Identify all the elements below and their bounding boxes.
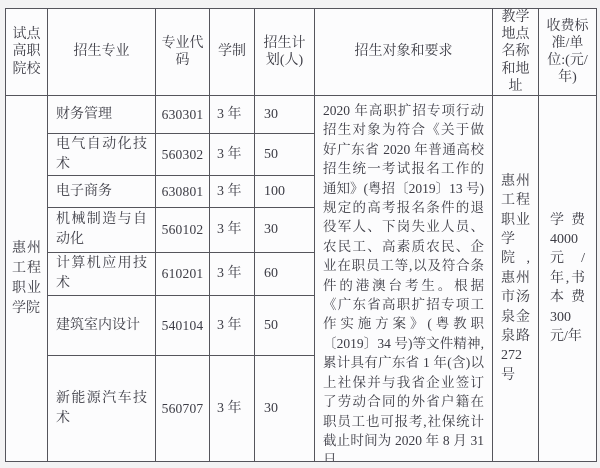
major-cell: 机械制造与自动化 (48, 208, 156, 253)
major-code: 540104 (162, 316, 204, 336)
code-cell: 610201 (156, 253, 210, 296)
header-major-label: 招生专业 (53, 43, 150, 60)
duration-cell: 3 年 (210, 176, 255, 208)
major-cell: 电气自动化技术 (48, 134, 156, 176)
code-cell: 540104 (156, 296, 210, 356)
major-name: 计算机应用技术 (56, 254, 147, 294)
major-code: 610201 (162, 264, 204, 284)
code-cell: 560102 (156, 208, 210, 253)
duration-value: 3 年 (217, 220, 242, 240)
enrollment-table: 试点高职院校 招生专业 专业代码 学制 招生计划(人) 招生对象和要求 教学地点… (5, 8, 597, 462)
duration-cell: 3 年 (210, 96, 255, 134)
duration-value: 3 年 (217, 182, 242, 202)
requirements-text: 2020 年高职扩招专项行动招生对象为符合《关于做好广东省 2020 年普通高校… (323, 101, 484, 461)
duration-value: 3 年 (217, 105, 242, 125)
major-code: 630301 (162, 105, 204, 125)
major-code: 560102 (162, 220, 204, 240)
duration-value: 3 年 (217, 316, 242, 336)
duration-cell: 3 年 (210, 253, 255, 296)
major-name: 电气自动化技术 (56, 135, 147, 175)
major-cell: 电子商务 (48, 176, 156, 208)
college-name: 惠州工程职业学院 (12, 239, 41, 319)
teaching-location-text: 惠州工程职业学院,惠州市汤泉金泉路272号 (501, 172, 530, 385)
plan-cell: 100 (255, 176, 315, 208)
plan-value: 60 (264, 264, 278, 284)
plan-value: 30 (264, 105, 278, 125)
major-name: 财务管理 (56, 105, 147, 125)
code-cell: 630801 (156, 176, 210, 208)
plan-cell: 50 (255, 134, 315, 176)
major-cell: 财务管理 (48, 96, 156, 134)
plan-value: 50 (264, 145, 278, 165)
header-code: 专业代码 (156, 9, 210, 96)
header-location: 教学地点名称和地址 (493, 9, 539, 96)
header-code-label: 专业代码 (161, 35, 204, 69)
code-cell: 560302 (156, 134, 210, 176)
plan-value: 50 (264, 316, 278, 336)
plan-cell: 50 (255, 296, 315, 356)
major-code: 630801 (162, 182, 204, 202)
duration-cell: 3 年 (210, 356, 255, 461)
major-cell: 新能源汽车技术 (48, 356, 156, 461)
major-name: 新能源汽车技术 (56, 389, 147, 429)
header-fee-label: 收费标准/单位:(元/年) (544, 18, 591, 87)
header-duration: 学制 (210, 9, 255, 96)
plan-cell: 30 (255, 96, 315, 134)
plan-cell: 30 (255, 208, 315, 253)
teaching-location-cell: 惠州工程职业学院,惠州市汤泉金泉路272号 (493, 96, 539, 461)
college-name-cell: 惠州工程职业学院 (6, 96, 48, 461)
major-name: 建筑室内设计 (56, 316, 147, 336)
fee-cell: 学费4000元/年,书本费300元/年 (539, 96, 596, 461)
major-cell: 建筑室内设计 (48, 296, 156, 356)
header-requirements-label: 招生对象和要求 (320, 43, 487, 60)
fee-text: 学费4000元/年,书本费300元/年 (550, 211, 585, 347)
plan-cell: 60 (255, 253, 315, 296)
major-code: 560707 (162, 399, 204, 419)
header-plan-label: 招生计划(人) (260, 35, 309, 69)
duration-cell: 3 年 (210, 134, 255, 176)
header-requirements: 招生对象和要求 (315, 9, 493, 96)
header-college-label: 试点高职院校 (11, 26, 42, 78)
major-name: 电子商务 (56, 182, 147, 202)
code-cell: 560707 (156, 356, 210, 461)
plan-value: 100 (264, 182, 285, 202)
plan-value: 30 (264, 220, 278, 240)
header-duration-label: 学制 (215, 43, 249, 60)
duration-cell: 3 年 (210, 296, 255, 356)
duration-value: 3 年 (217, 145, 242, 165)
duration-cell: 3 年 (210, 208, 255, 253)
duration-value: 3 年 (217, 399, 242, 419)
major-name: 机械制造与自动化 (56, 210, 147, 250)
plan-value: 30 (264, 399, 278, 419)
header-location-label: 教学地点名称和地址 (498, 9, 533, 95)
header-fee: 收费标准/单位:(元/年) (539, 9, 596, 96)
duration-value: 3 年 (217, 264, 242, 284)
major-cell: 计算机应用技术 (48, 253, 156, 296)
major-code: 560302 (162, 145, 204, 165)
plan-cell: 30 (255, 356, 315, 461)
header-major: 招生专业 (48, 9, 156, 96)
header-plan: 招生计划(人) (255, 9, 315, 96)
code-cell: 630301 (156, 96, 210, 134)
requirements-cell: 2020 年高职扩招专项行动招生对象为符合《关于做好广东省 2020 年普通高校… (315, 96, 493, 461)
header-college: 试点高职院校 (6, 9, 48, 96)
enrollment-plan-document: 试点高职院校 招生专业 专业代码 学制 招生计划(人) 招生对象和要求 教学地点… (0, 0, 600, 468)
